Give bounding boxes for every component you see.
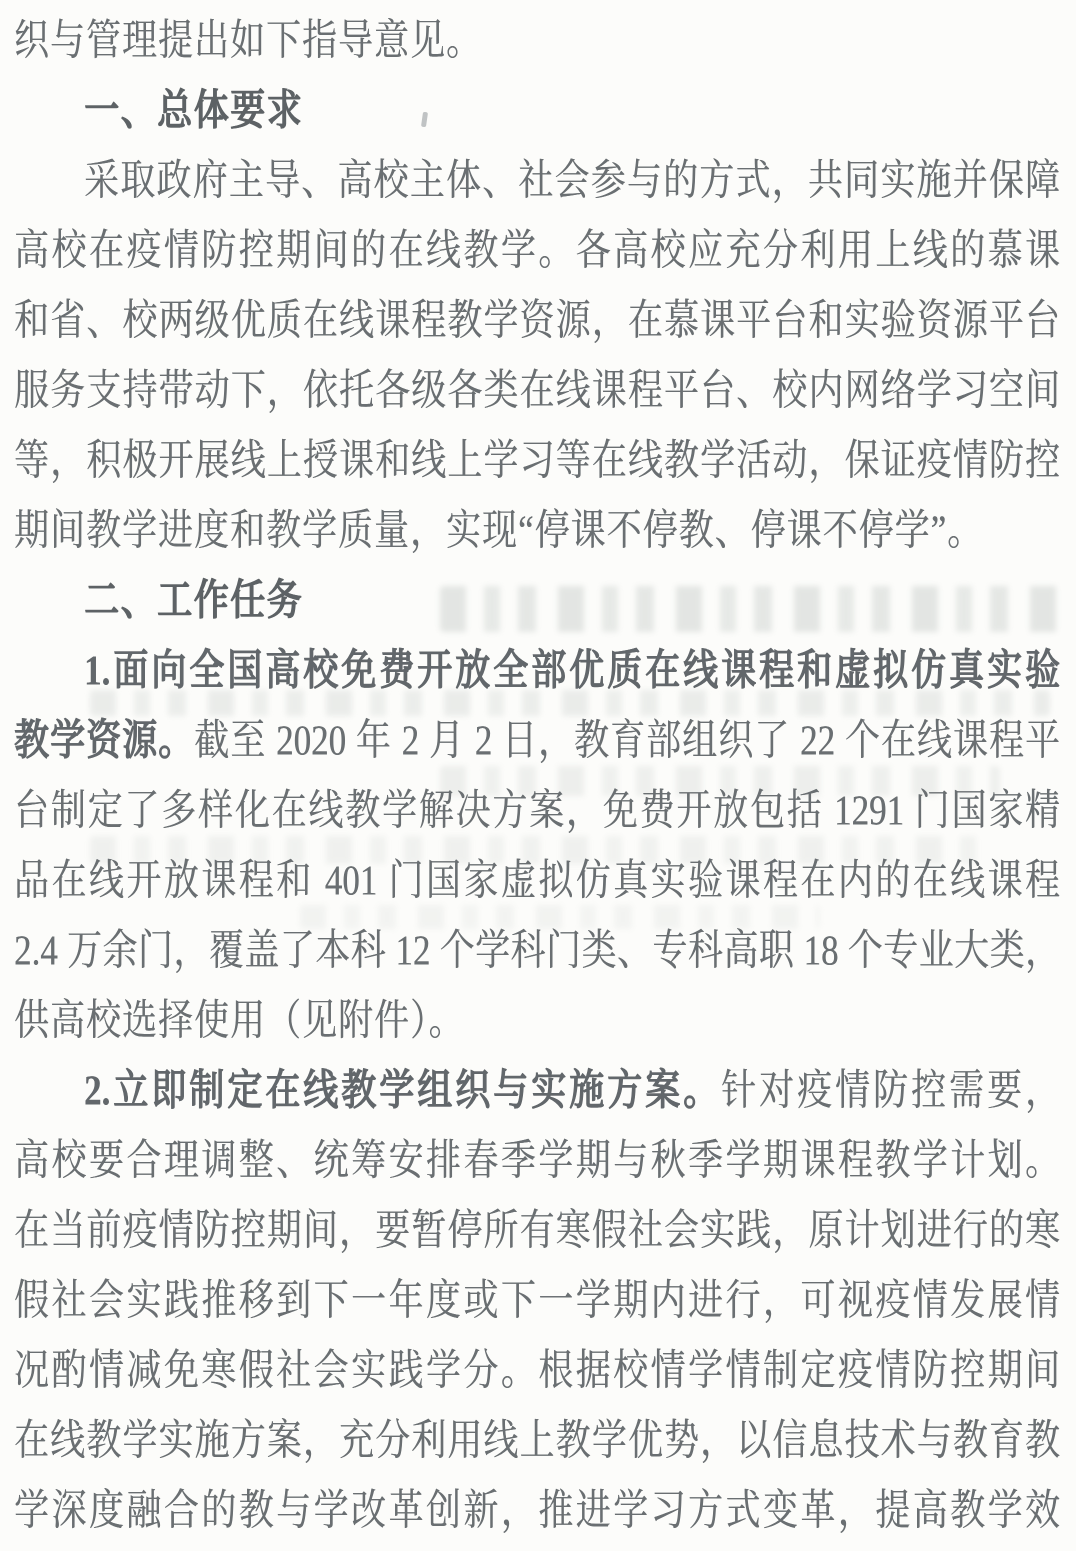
text-line-22: 学深度融合的教与学改革创新，推进学习方式变革，提高教学效 [14,1468,1060,1551]
section-heading-text: 二、工作任务 [84,577,303,625]
text-segment: 2.立即制定在线教学组织与实施方案。 [84,1067,721,1115]
section-heading-text: 一、总体要求 [84,87,303,135]
text-segment: 假社会实践推移到下一年度或下一学期内进行，可视疫情发展情 [14,1277,1060,1325]
text-segment: 采取政府主导、高校主体、社会参与的方式，共同实施并保障 [84,157,1060,205]
text-segment: 供高校选择使用（见附件）。 [14,997,465,1045]
text-segment: 学深度融合的教与学改革创新，推进学习方式变革，提高教学效 [14,1487,1060,1535]
text-segment: 品在线开放课程和 401 门国家虚拟仿真实验课程在内的在线课程 [14,857,1060,905]
text-segment: 教学资源。 [14,717,194,765]
text-segment: 况酌情减免寒假社会实践学分。根据校情学情制定疫情防控期间 [14,1347,1060,1395]
text-segment: 2.4 万余门，覆盖了本科 12 个学科门类、专科高职 18 个专业大类， [14,927,1060,975]
text-segment: 针对疫情防控需要， [721,1067,1060,1115]
text-segment: 织与管理提出如下指导意见。 [14,17,482,65]
text-segment: 台制定了多样化在线教学解决方案，免费开放包括 1291 门国家精 [14,787,1060,835]
text-segment: 高校要合理调整、统筹安排春季学期与秋季学期课程教学计划。 [14,1137,1060,1185]
text-segment: 期间教学进度和教学质量，实现“停课不停教、停课不停学”。 [14,507,983,555]
text-segment: 服务支持带动下，依托各级各类在线课程平台、校内网络学习空间 [14,367,1060,415]
text-segment: 等，积极开展线上授课和线上学习等在线教学活动，保证疫情防控 [14,437,1060,485]
document-body: 织与管理提出如下指导意见。一、总体要求采取政府主导、高校主体、社会参与的方式，共… [0,0,1076,1546]
text-segment: 在当前疫情防控期间，要暂停所有寒假社会实践，原计划进行的寒 [14,1207,1060,1255]
text-segment: 截至 2020 年 2 月 2 日，教育部组织了 22 个在线课程平 [194,717,1060,765]
text-segment: 和省、校两级优质在线课程教学资源，在慕课平台和实验资源平台 [14,297,1060,345]
text-segment: 在线教学实施方案，充分利用线上教学优势，以信息技术与教育教 [14,1417,1060,1465]
text-segment: 1.面向全国高校免费开放全部优质在线课程和虚拟仿真实验 [84,647,1060,695]
text-segment: 高校在疫情防控期间的在线教学。各高校应充分利用上线的慕课 [14,227,1060,275]
